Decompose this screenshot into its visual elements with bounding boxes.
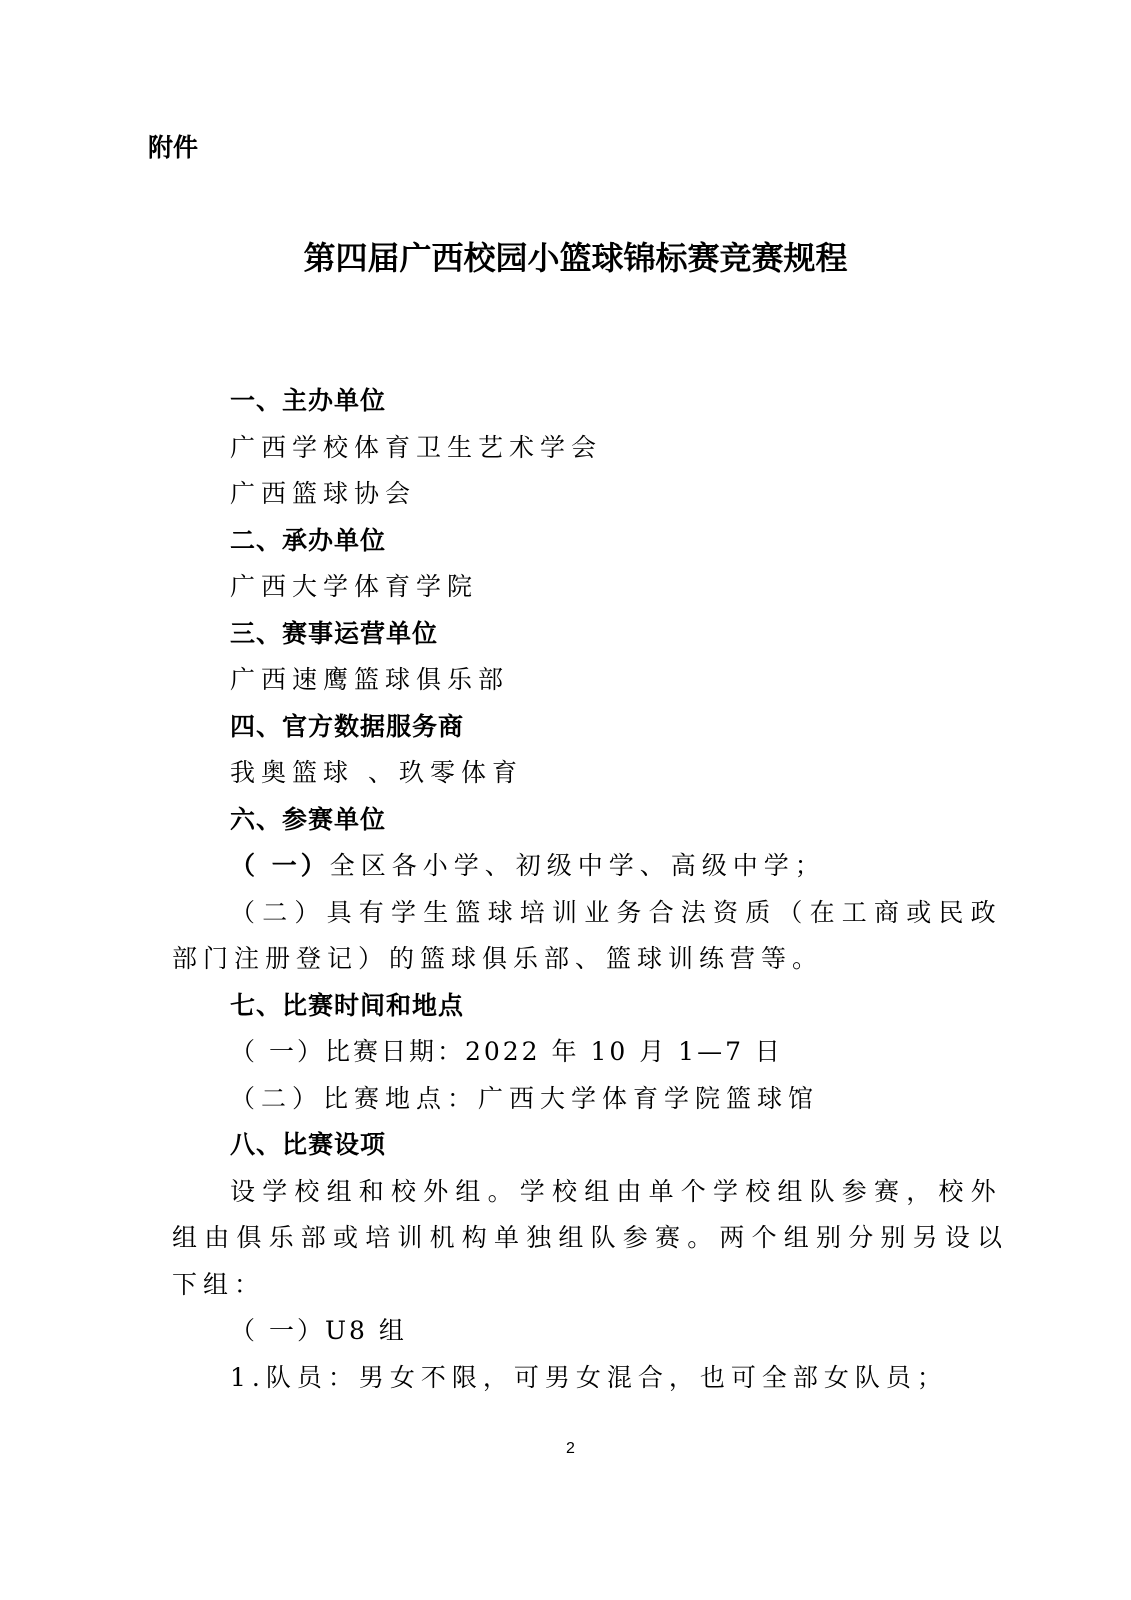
section-heading-operator: 三、赛事运营单位 (172, 611, 948, 658)
item-prefix: （二） (230, 898, 327, 927)
u8-group-heading: （ 一）U8 组 (172, 1308, 948, 1355)
item-text: 全区各小学、初级中学、高级中学； (330, 851, 826, 880)
events-paragraph-line: 组由俱乐部或培训机构单独组队参赛。两个组别分别另设以 (172, 1215, 948, 1262)
section-heading-time-location: 七、比赛时间和地点 (172, 983, 948, 1030)
attachment-label: 附件 (148, 128, 198, 164)
host-line: 广西大学体育学院 (172, 564, 948, 611)
events-paragraph-line: 下组： (172, 1262, 948, 1309)
operator-line: 广西速鹰篮球俱乐部 (172, 657, 948, 704)
participants-item: （二）具有学生篮球培训业务合法资质（在工商或民政 (172, 890, 948, 937)
organizer-line: 广西篮球协会 (172, 471, 948, 518)
section-heading-participants: 六、参赛单位 (172, 797, 948, 844)
match-date-line: （ 一）比赛日期：2022 年 10 月 1—7 日 (172, 1029, 948, 1076)
events-paragraph-line: 设学校组和校外组。学校组由单个学校组队参赛，校外 (172, 1169, 948, 1216)
document-body: 一、主办单位 广西学校体育卫生艺术学会 广西篮球协会 二、承办单位 广西大学体育… (172, 378, 948, 1401)
page-number: 2 (0, 1440, 1131, 1458)
u8-players-rule: 1.队员：男女不限，可男女混合，也可全部女队员； (172, 1355, 948, 1402)
participants-item-continuation: 部门注册登记）的篮球俱乐部、篮球训练营等。 (172, 936, 948, 983)
section-heading-data-provider: 四、官方数据服务商 (172, 704, 948, 751)
organizer-line: 广西学校体育卫生艺术学会 (172, 425, 948, 472)
section-heading-events: 八、比赛设项 (172, 1122, 948, 1169)
data-provider-line: 我奥篮球 、玖零体育 (172, 750, 948, 797)
participants-item: （ 一）全区各小学、初级中学、高级中学； (172, 843, 948, 890)
document-title: 第四届广西校园小篮球锦标赛竞赛规程 (0, 233, 1131, 279)
section-heading-organizer: 一、主办单位 (172, 378, 948, 425)
item-prefix: （ 一） (230, 851, 330, 880)
item-text: 具有学生篮球培训业务合法资质（在工商或民政 (327, 898, 1003, 927)
match-location-line: （二）比赛地点：广西大学体育学院篮球馆 (172, 1076, 948, 1123)
section-heading-host: 二、承办单位 (172, 518, 948, 565)
